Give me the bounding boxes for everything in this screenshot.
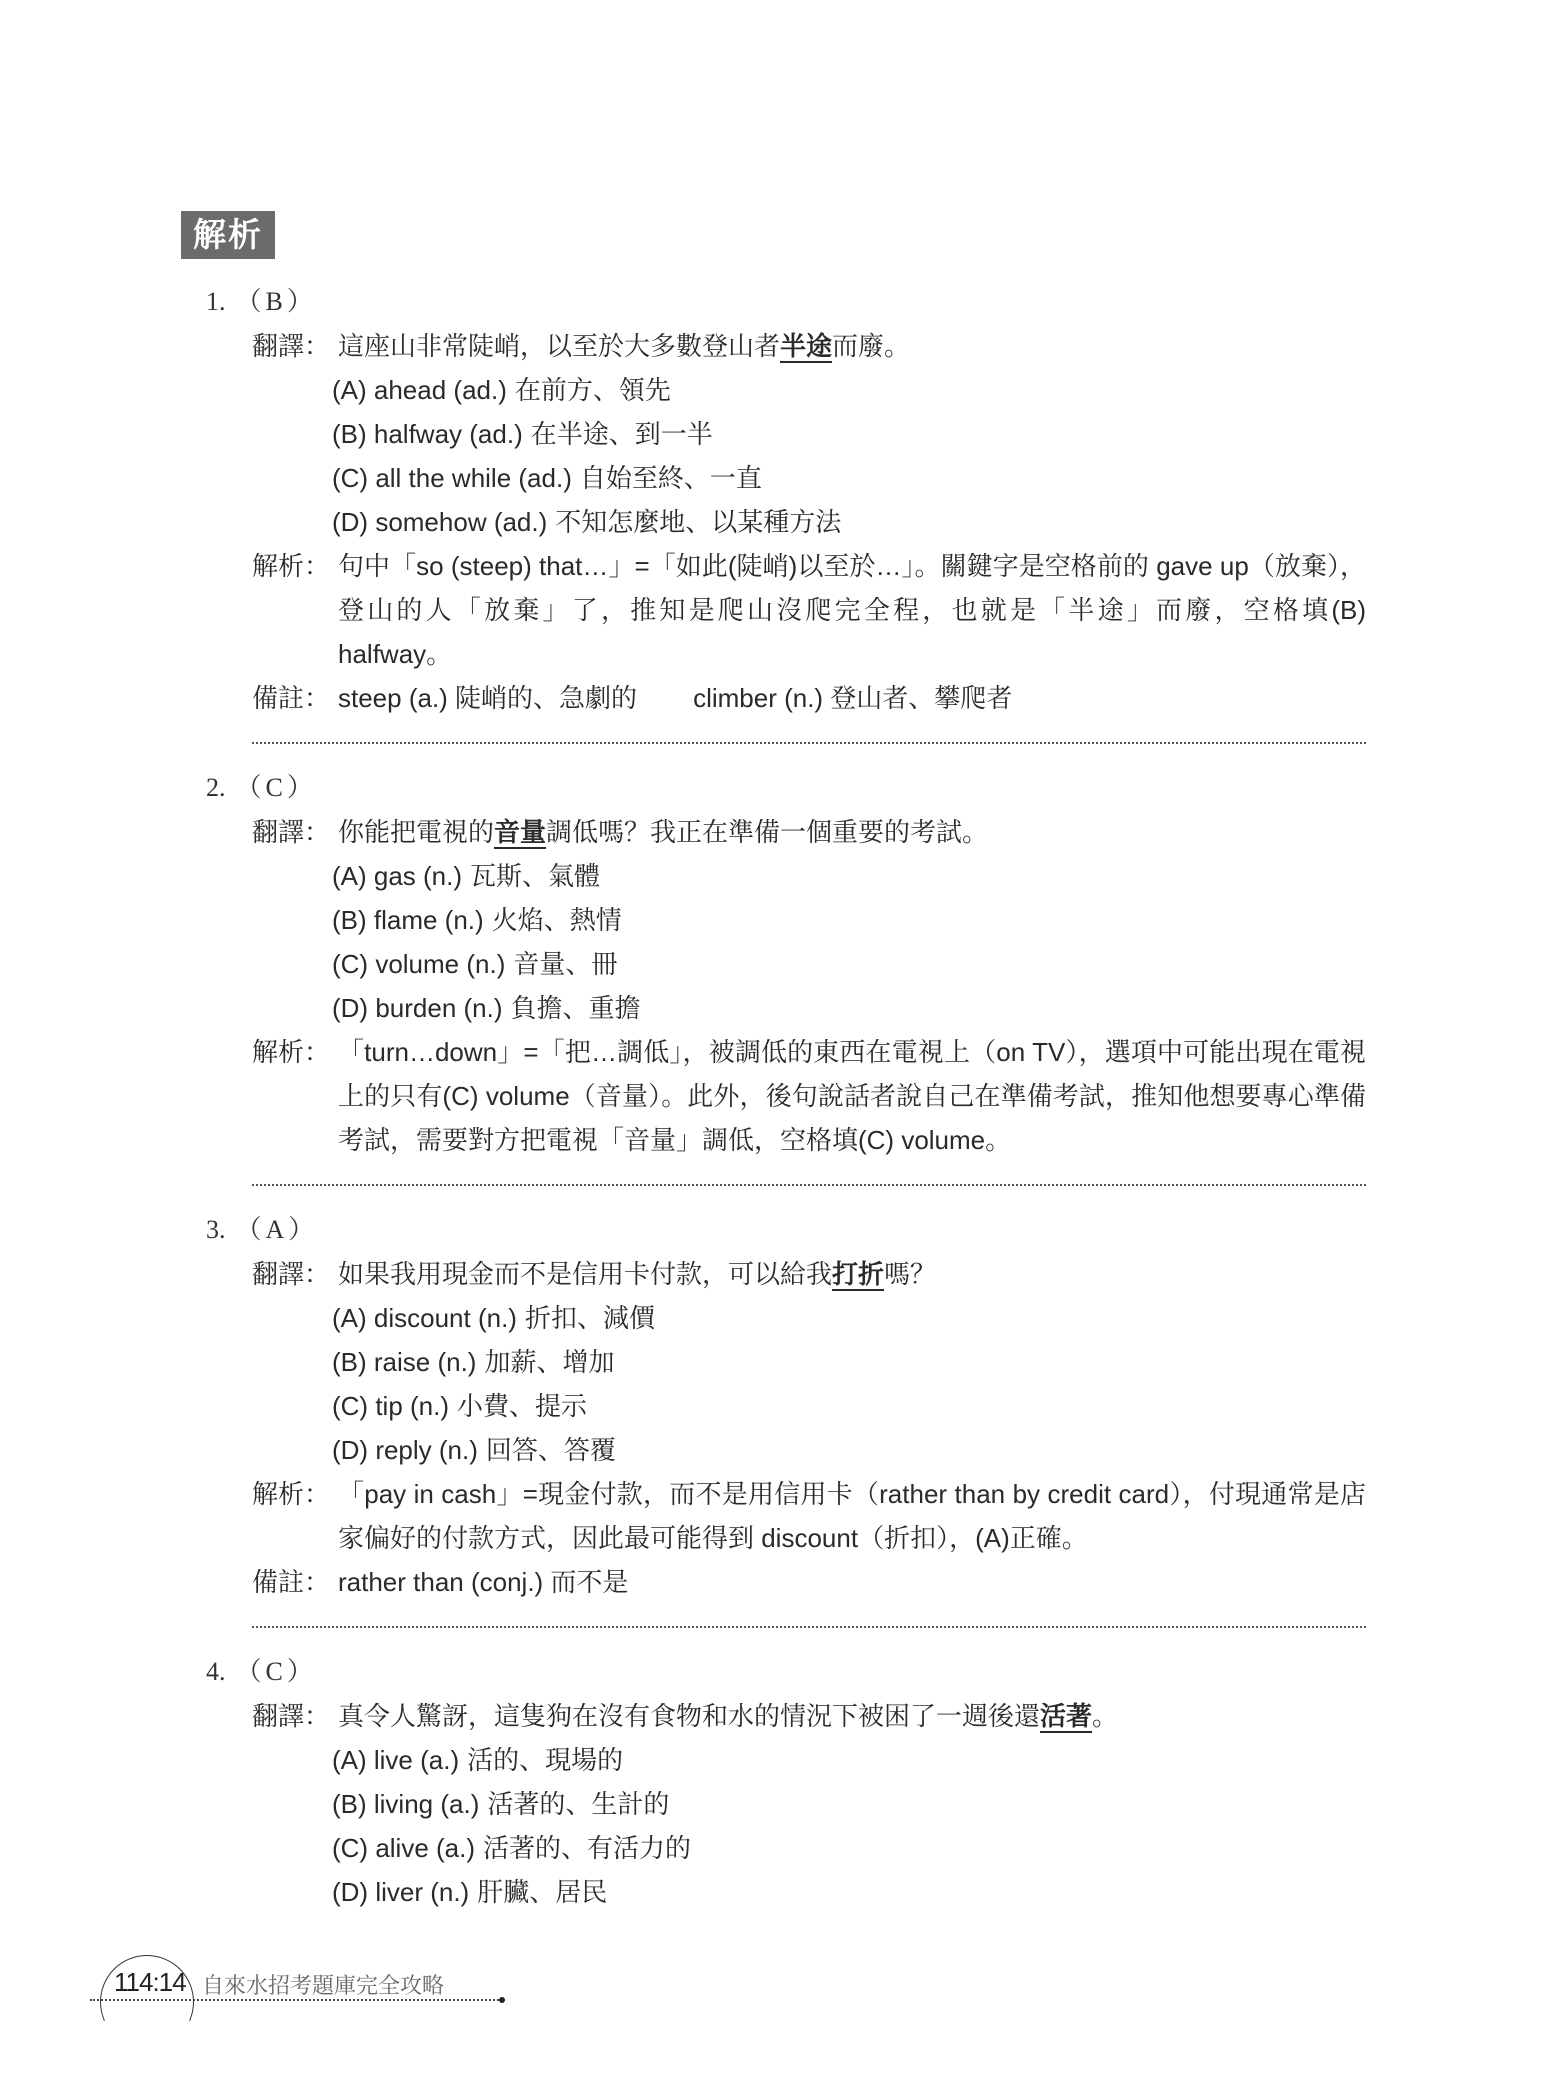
book-title: 自來水招考題庫完全攻略 xyxy=(202,1969,444,2000)
translation-text: 你能把電視的音量調低嗎？我正在準備一個重要的考試。 xyxy=(338,810,1544,854)
option-c: (C) volume (n.)音量、冊 xyxy=(332,942,1544,986)
translation-label: 翻譯： xyxy=(252,1252,338,1296)
key-word: 活著 xyxy=(1040,1701,1092,1731)
translation-row: 翻譯： 這座山非常陡峭，以至於大多數登山者半途而廢。 xyxy=(206,324,1544,368)
option-a: (A) discount (n.)折扣、減價 xyxy=(332,1296,1544,1340)
translation-row: 翻譯： 真令人驚訝，這隻狗在沒有食物和水的情況下被困了一週後還活著。 xyxy=(206,1694,1544,1738)
key-word: 音量 xyxy=(494,817,546,847)
key-word: 半途 xyxy=(780,331,832,361)
option-a: (A) gas (n.)瓦斯、氣體 xyxy=(332,854,1544,898)
question-answer: （C） xyxy=(236,773,317,802)
question-1: 1.（B） 翻譯： 這座山非常陡峭，以至於大多數登山者半途而廢。 (A) ahe… xyxy=(0,280,1544,744)
page-footer: 114:14 自來水招考題庫完全攻略 xyxy=(80,1955,510,2045)
option-a: (A) live (a.)活的、現場的 xyxy=(332,1738,1544,1782)
dotted-divider xyxy=(252,1626,1366,1628)
translation-label: 翻譯： xyxy=(252,1694,338,1738)
analysis-label: 解析： xyxy=(252,1472,338,1560)
analysis-row: 解析： 句中「so (steep) that…」=「如此(陡峭)以至於…」。關鍵… xyxy=(206,544,1366,676)
note-label: 備註： xyxy=(252,676,338,720)
translation-row: 翻譯： 你能把電視的音量調低嗎？我正在準備一個重要的考試。 xyxy=(206,810,1544,854)
question-2: 2.（C） 翻譯： 你能把電視的音量調低嗎？我正在準備一個重要的考試。 (A) … xyxy=(0,766,1544,1186)
option-a: (A) ahead (ad.)在前方、領先 xyxy=(332,368,1544,412)
analysis-text: 「turn…down」=「把…調低」，被調低的東西在電視上（on TV），選項中… xyxy=(338,1030,1366,1162)
footer-dotted-line xyxy=(90,1999,502,2001)
analysis-row: 解析： 「turn…down」=「把…調低」，被調低的東西在電視上（on TV）… xyxy=(206,1030,1366,1162)
note-row: 備註： steep (a.) 陡峭的、急劇的climber (n.) 登山者、攀… xyxy=(206,676,1544,720)
translation-row: 翻譯： 如果我用現金而不是信用卡付款，可以給我打折嗎？ xyxy=(206,1252,1544,1296)
note-text: steep (a.) 陡峭的、急劇的climber (n.) 登山者、攀爬者 xyxy=(338,676,1544,720)
dotted-divider xyxy=(252,742,1366,744)
question-answer: （C） xyxy=(236,1657,317,1686)
question-number: 3.（A） xyxy=(206,1208,1544,1252)
note-text: rather than (conj.) 而不是 xyxy=(338,1560,1544,1604)
question-number: 2.（C） xyxy=(206,766,1544,810)
option-d: (D) somehow (ad.)不知怎麼地、以某種方法 xyxy=(332,500,1544,544)
analysis-row: 解析： 「pay in cash」=現金付款，而不是用信用卡（rather th… xyxy=(206,1472,1366,1560)
option-c: (C) tip (n.)小費、提示 xyxy=(332,1384,1544,1428)
page-number: 114:14 xyxy=(114,1967,186,1998)
key-word: 打折 xyxy=(832,1259,884,1289)
translation-text: 真令人驚訝，這隻狗在沒有食物和水的情況下被困了一週後還活著。 xyxy=(338,1694,1544,1738)
option-b: (B) raise (n.)加薪、增加 xyxy=(332,1340,1544,1384)
footer-line-end-dot xyxy=(499,1997,505,2003)
question-index: 1. xyxy=(206,287,226,316)
dotted-divider xyxy=(252,1184,1366,1186)
answer-explanations: 1.（B） 翻譯： 這座山非常陡峭，以至於大多數登山者半途而廢。 (A) ahe… xyxy=(0,280,1544,1914)
question-number: 4.（C） xyxy=(206,1650,1544,1694)
analysis-label: 解析： xyxy=(252,1030,338,1162)
analysis-text: 「pay in cash」=現金付款，而不是用信用卡（rather than b… xyxy=(338,1472,1366,1560)
question-index: 3. xyxy=(206,1215,226,1244)
translation-text: 這座山非常陡峭，以至於大多數登山者半途而廢。 xyxy=(338,324,1544,368)
question-answer: （B） xyxy=(236,287,317,316)
analysis-label: 解析： xyxy=(252,544,338,676)
option-d: (D) burden (n.)負擔、重擔 xyxy=(332,986,1544,1030)
option-c: (C) alive (a.)活著的、有活力的 xyxy=(332,1826,1544,1870)
option-c: (C) all the while (ad.)自始至終、一直 xyxy=(332,456,1544,500)
question-number: 1.（B） xyxy=(206,280,1544,324)
question-index: 4. xyxy=(206,1657,226,1686)
translation-text: 如果我用現金而不是信用卡付款，可以給我打折嗎？ xyxy=(338,1252,1544,1296)
translation-label: 翻譯： xyxy=(252,810,338,854)
option-d: (D) liver (n.)肝臟、居民 xyxy=(332,1870,1544,1914)
option-b: (B) living (a.)活著的、生計的 xyxy=(332,1782,1544,1826)
question-index: 2. xyxy=(206,773,226,802)
translation-label: 翻譯： xyxy=(252,324,338,368)
option-d: (D) reply (n.)回答、答覆 xyxy=(332,1428,1544,1472)
note-row: 備註： rather than (conj.) 而不是 xyxy=(206,1560,1544,1604)
option-b: (B) flame (n.)火焰、熱情 xyxy=(332,898,1544,942)
analysis-text: 句中「so (steep) that…」=「如此(陡峭)以至於…」。關鍵字是空格… xyxy=(338,544,1366,676)
question-4: 4.（C） 翻譯： 真令人驚訝，這隻狗在沒有食物和水的情況下被困了一週後還活著。… xyxy=(0,1650,1544,1914)
option-b: (B) halfway (ad.)在半途、到一半 xyxy=(332,412,1544,456)
question-answer: （A） xyxy=(236,1215,319,1244)
note-label: 備註： xyxy=(252,1560,338,1604)
question-3: 3.（A） 翻譯： 如果我用現金而不是信用卡付款，可以給我打折嗎？ (A) di… xyxy=(0,1208,1544,1628)
section-heading-analysis: 解析 xyxy=(181,211,275,259)
